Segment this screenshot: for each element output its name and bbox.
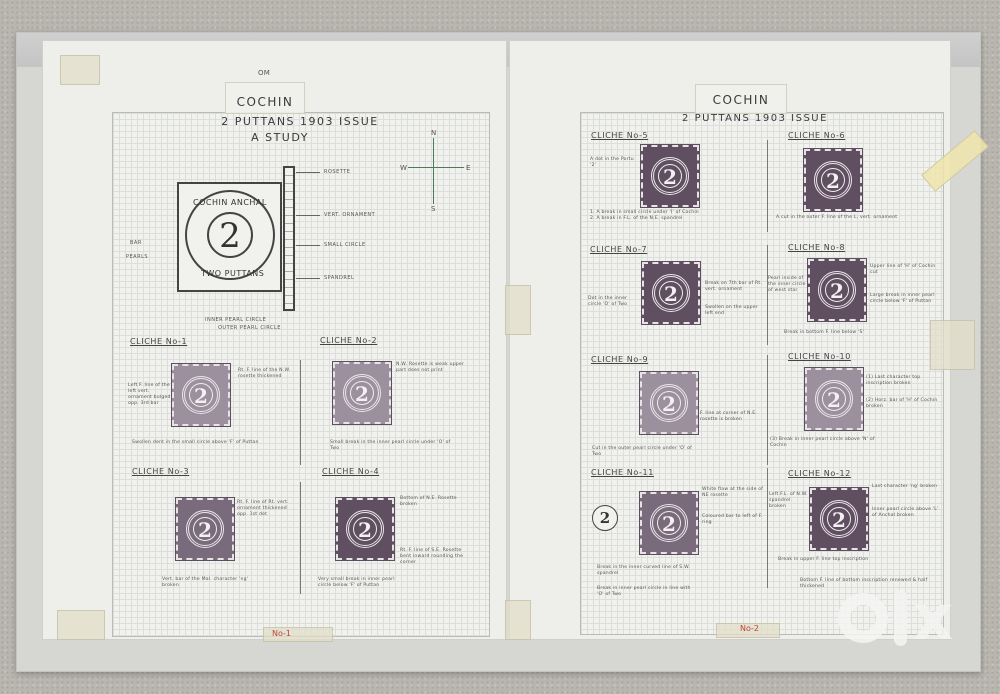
olx-x: x [913,593,953,643]
stamp-cliche-10[interactable]: 2 [805,368,863,430]
cliche-1-note-2: Left F. line of the left vert. ornament … [128,383,172,407]
cliche-12-note-5: Bottom F. line of bottom inscription ren… [800,578,930,590]
right-subtitle: 2 PUTTANS 1903 ISSUE [680,113,830,124]
cliche-8-title: CLICHE No-8 [788,243,845,252]
cliche-12-note-4: Break in upper F. line top inscription [778,557,928,563]
divider-right-2 [767,245,768,345]
cliche-4-note-1: Bottom of N.E. Rosette broken [400,496,472,508]
left-subtitle: 2 PUTTANS 1903 ISSUE [200,115,400,128]
arrow-spandrel [296,278,320,279]
left-subtitle-study: A STUDY [220,131,340,144]
stamp-cliche-9[interactable]: 2 [640,372,698,434]
cliche-8-note-1: Pearl inside of the inner circle of west… [768,276,808,294]
compass-west: W [400,164,407,172]
cliche-1-note-1: Rt. F. line of the N.W. rosette thickene… [238,368,293,380]
stamp-value: 2 [825,278,849,302]
stamp-value: 2 [189,383,213,407]
compass-east: E [466,164,470,172]
cliche-11-title: CLICHE No-11 [591,468,654,477]
stamp-value: 2 [659,281,683,305]
stamp-value: 2 [658,164,682,188]
olx-watermark: x [838,590,953,646]
cliche-12-note-1: Last character 'ng' broken [872,484,940,490]
label-inner-pearl-circle: INNER PEARL CIRCLE [205,317,266,323]
olx-l [894,590,907,646]
circled-cliche-mark: 2 [592,505,618,531]
cliche-10-note-2: (2) Horz. bar of 'H' of Cochin broken [866,398,946,410]
stamp-value: 2 [657,391,681,415]
cliche-6-note-1: A cut in the outer F. line of the L. ver… [776,215,926,221]
cliche-8-note-2: Upper line of 'H' of Cochin cut [870,264,940,276]
cliche-9-note-1: F. line at corner of N.E. rosette is bro… [700,411,762,423]
cliche-8-note-4: Break in bottom F. line below 'S' [784,330,904,336]
stamp-cliche-5[interactable]: 2 [641,145,699,207]
cliche-12-note-3: Inner pearl circle above 'L' of Anchal b… [872,507,942,519]
cliche-7-note-1: Dot in the inner circle 'O' of Two [588,296,636,308]
stamp-value: 2 [350,381,374,405]
diagram-bottom-text: TWO PUTTANS [201,269,264,278]
cliche-7-title: CLICHE No-7 [590,245,647,254]
cliche-9-note-2: Cut in the outer pearl circle under 'O' … [592,446,702,458]
stamp-value: 2 [822,387,846,411]
cliche-2-note-2: Small break in the inner pearl circle un… [330,440,460,452]
label-outer-pearl-circle: OUTER PEARL CIRCLE [218,325,281,331]
compass-north: N [431,129,436,137]
cliche-3-note-1: Rt. F. line of Rt. vert. ornament thicke… [237,500,292,518]
cliche-2-title: CLICHE No-2 [320,336,377,345]
cliche-11-note-1: White flaw at the side of NE rosette [702,487,764,499]
cliche-7-note-2: Break on 7th bar of Rt. vert. ornament [705,281,763,293]
tape-spine-1 [505,285,531,335]
stamp-cliche-12[interactable]: 2 [810,488,868,550]
tape-top-left [60,55,100,85]
left-header-title: COCHIN [225,95,305,109]
right-header-title: COCHIN [695,93,787,107]
divider-right-4 [767,468,768,588]
stamp-cliche-7[interactable]: 2 [642,262,700,324]
divider-right-1 [767,140,768,232]
cliche-11-note-2: Coloured bar to left of F. ring [702,514,764,526]
cliche-11-note-3: Break in the inner curved line of S.W. s… [597,565,697,577]
arrow-vert-ornament [296,215,320,216]
divider-left-1 [300,360,301,465]
cliche-12-title: CLICHE No-12 [788,469,851,478]
cliche-8-note-3: Large break in inner pearl circle below … [870,293,945,305]
compass-ns-line [433,138,434,204]
cliche-2-note-1: N.W. Rosette is weak upper part does not… [396,362,471,374]
cliche-4-title: CLICHE No-4 [322,467,379,476]
stamp-cliche-8[interactable]: 2 [808,259,866,321]
stamp-value: 2 [821,168,845,192]
label-bar: BAR [130,240,142,246]
stamp-diagram: 2 COCHIN ANCHAL TWO PUTTANS [177,182,282,292]
diagram-top-text: COCHIN ANCHAL [193,198,267,207]
stamp-value: 2 [353,517,377,541]
compass-south: S [431,205,435,213]
stamp-cliche-11[interactable]: 2 [640,492,698,554]
cliche-11-note-4: Break in inner pearl circle in line with… [597,586,697,598]
cliche-10-title: CLICHE No-10 [788,352,851,361]
vertical-ornament-diagram [283,166,295,311]
label-spandrel: SPANDREL [324,275,354,281]
cliche-10-note-1: (1) Last character top inscription broke… [866,375,946,387]
diagram-value: 2 [207,212,253,258]
stamp-value: 2 [657,511,681,535]
page-number-right: No-2 [740,624,759,633]
cliche-3-note-2: Vert. bar of the Mal. character 'ng' bro… [162,577,262,589]
stamp-cliche-4[interactable]: 2 [336,498,394,560]
arrow-rosette [296,172,320,173]
cliche-5-note-1: A dot in the Portu '2' [590,157,634,169]
arrow-small-circle [296,245,320,246]
stamp-cliche-1[interactable]: 2 [172,364,230,426]
cliche-4-note-3: Very small break in inner pearl circle b… [318,577,400,589]
cliche-9-title: CLICHE No-9 [591,355,648,364]
tape-right-edge [930,320,975,370]
tape-spine-2 [505,600,531,640]
cliche-5-note-3: 2. A break in F.L. of the N.E. spandrel [590,216,760,222]
cliche-10-note-3: (3) Break in inner pearl circle above 'N… [770,437,890,449]
label-pearls: PEARLS [126,254,148,260]
cliche-7-note-3: Swollen on the upper left end [705,305,763,317]
stamp-cliche-3[interactable]: 2 [176,498,234,560]
divider-left-2 [300,482,301,594]
stamp-cliche-2[interactable]: 2 [333,362,391,424]
label-small-circle: SMALL CIRCLE [324,242,366,248]
stamp-value: 2 [827,507,851,531]
cliche-6-title: CLICHE No-6 [788,131,845,140]
label-vert-ornament: VERT. ORNAMENT [324,212,375,218]
cliche-3-title: CLICHE No-3 [132,467,189,476]
page-number-left: No-1 [272,629,291,638]
cliche-12-note-2: Left F.L. of N.W. spandrel broken [769,492,809,510]
stamp-cliche-6[interactable]: 2 [804,149,862,211]
divider-right-3 [767,355,768,465]
cliche-4-note-2: Rt. F. line of S.E. Rosette bent inward … [400,548,472,566]
cliche-1-note-3: Swollen dent in the small circle above '… [132,440,262,446]
label-rosette: ROSETTE [324,169,350,175]
stamp-value: 2 [193,517,217,541]
compass-ew-line [408,167,464,168]
tape-left-corner [57,610,105,640]
cliche-5-title: CLICHE No-5 [591,131,648,140]
olx-o [838,593,888,643]
cliche-1-title: CLICHE No-1 [130,337,187,346]
tape-mark: OM [258,70,270,76]
